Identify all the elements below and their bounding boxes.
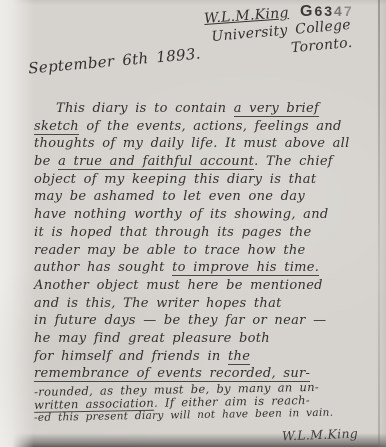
- diary-body: This diary is to contain a very briefske…: [34, 100, 364, 421]
- owner-signature-bottom: W.L.M.King: [282, 426, 359, 444]
- diary-text-segment: thoughts of my daily life. It must above…: [34, 136, 350, 151]
- diary-line: Another object must here be mentioned: [34, 277, 364, 295]
- diary-line: object of my keeping this diary is that: [34, 171, 364, 189]
- diary-text-segment: reader may be able to trace how the: [34, 243, 306, 258]
- diary-text-segment: for himself and friends in: [34, 349, 228, 364]
- diary-line: in future days — be they far or near —: [34, 312, 364, 330]
- diary-line: reader may be able to trace how the: [34, 242, 364, 260]
- diary-line: for himself and friends in the: [34, 348, 364, 366]
- diary-text-segment: . The chief: [254, 154, 333, 169]
- diary-text-segment: in future days — be they far or near —: [34, 313, 326, 328]
- diary-text-segment: This diary is to contain: [56, 101, 234, 116]
- diary-text-segment: Another object must here be mentioned: [34, 278, 323, 293]
- diary-text-segment: have nothing worthy of its showing, and: [34, 207, 329, 222]
- diary-text-segment: sketch: [34, 119, 79, 135]
- page-edge-crease: [378, 0, 380, 447]
- diary-line: thoughts of my daily life. It must above…: [34, 135, 364, 153]
- diary-line: he may find great pleasure both: [34, 330, 364, 348]
- diary-line: be a true and faithful account. The chie…: [34, 153, 364, 171]
- diary-text-segment: a true and faithful account: [58, 154, 254, 170]
- diary-text-segment: the: [228, 349, 250, 365]
- diary-text-segment: may be ashamed to let even one day: [34, 189, 305, 204]
- diary-line: and is this, The writer hopes that: [34, 295, 364, 313]
- diary-line: may be ashamed to let even one day: [34, 188, 364, 206]
- diary-page-scan: { "page": { "kind": "handwritten diary p…: [0, 0, 386, 447]
- diary-text-segment: of the events, actions, feelings and: [79, 119, 342, 134]
- stamp-character: 6: [314, 3, 324, 19]
- diary-line: This diary is to contain a very brief: [34, 100, 364, 118]
- diary-line: it is hoped that through its pages the: [34, 224, 364, 242]
- diary-text-segment: to improve his time.: [172, 260, 319, 276]
- diary-line: author has sought to improve his time.: [34, 259, 364, 277]
- diary-text-segment: a very brief: [234, 101, 319, 117]
- diary-line: sketch of the events, actions, feelings …: [34, 118, 364, 136]
- diary-text-segment: he may find great pleasure both: [34, 331, 270, 346]
- diary-text-segment: it is hoped that through its pages the: [34, 225, 311, 240]
- diary-text-segment: be: [34, 154, 58, 169]
- diary-text-segment: object of my keeping this diary is that: [34, 172, 316, 187]
- diary-text-segment: author has sought: [34, 260, 172, 275]
- diary-text-segment: and is this, The writer hopes that: [34, 296, 282, 311]
- diary-line: have nothing worthy of its showing, and: [34, 206, 364, 224]
